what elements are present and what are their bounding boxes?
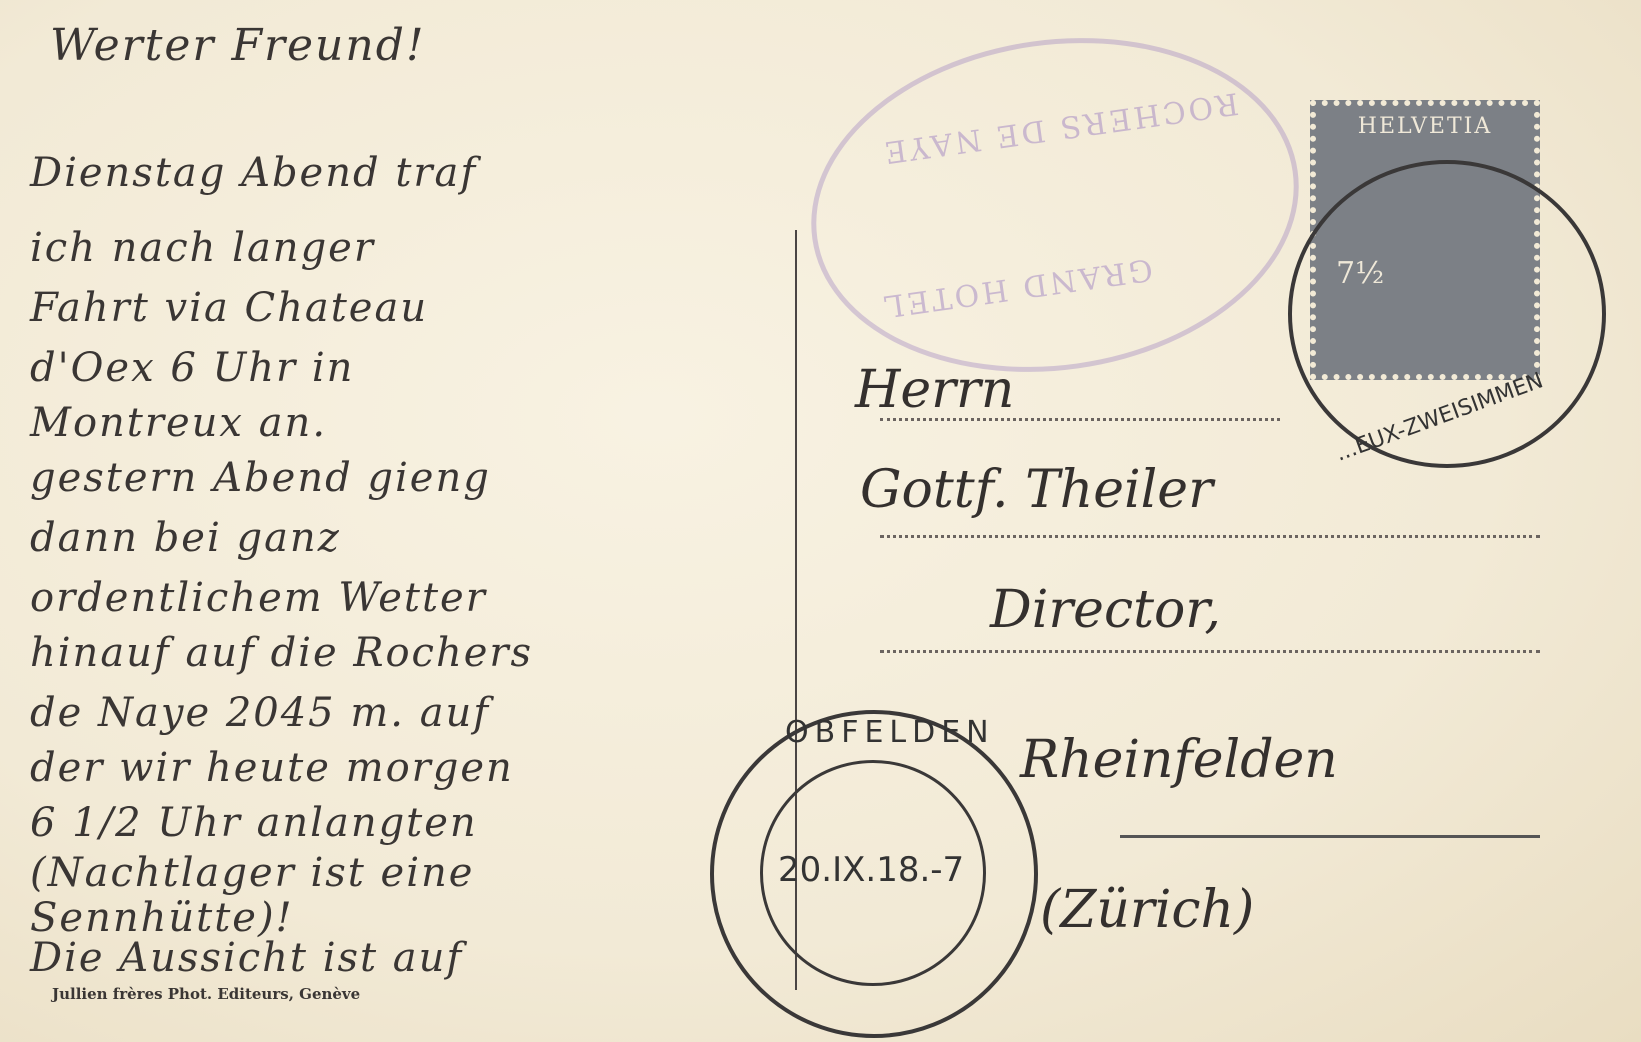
- postmark-town: OBFELDEN: [785, 715, 995, 750]
- message-line: ich nach langer: [30, 225, 375, 271]
- address-region: (Zürich): [1040, 880, 1254, 940]
- message-line: gestern Abend gieng: [30, 455, 491, 501]
- address-salutation: Herrn: [855, 360, 1014, 420]
- address-title: Director,: [990, 580, 1221, 640]
- message-line: Dienstag Abend traf: [30, 150, 477, 196]
- message-line: der wir heute morgen: [30, 745, 514, 791]
- message-line: ordentlichem Wetter: [30, 575, 487, 621]
- message-line: Fahrt via Chateau: [30, 285, 428, 331]
- greeting: Werter Freund!: [50, 20, 426, 71]
- message-line: hinauf auf die Rochers: [30, 630, 533, 676]
- address-line: [880, 650, 1540, 653]
- postmark-date: 20.IX.18.-7: [778, 850, 964, 890]
- message-line: Die Aussicht ist auf: [30, 935, 463, 981]
- address-name: Gottf. Theiler: [860, 460, 1213, 520]
- address-line: [1120, 835, 1540, 838]
- address-line: [880, 535, 1540, 538]
- postcard-back: Werter Freund! Dienstag Abend traf ich n…: [0, 0, 1641, 1042]
- message-line: Montreux an.: [30, 400, 327, 446]
- address-city: Rheinfelden: [1020, 730, 1338, 790]
- message-line: d'Oex 6 Uhr in: [30, 345, 354, 391]
- message-line: dann bei ganz: [30, 515, 341, 561]
- message-line: 6 1/2 Uhr anlangten: [30, 800, 478, 846]
- publisher-imprint: Jullien frères Phot. Editeurs, Genève: [52, 985, 360, 1003]
- message-line: de Naye 2045 m. auf: [30, 690, 490, 736]
- message-line: (Nachtlager ist eine: [30, 850, 474, 896]
- stamp-country: HELVETIA: [1316, 114, 1534, 139]
- hotel-stamp: [789, 8, 1320, 403]
